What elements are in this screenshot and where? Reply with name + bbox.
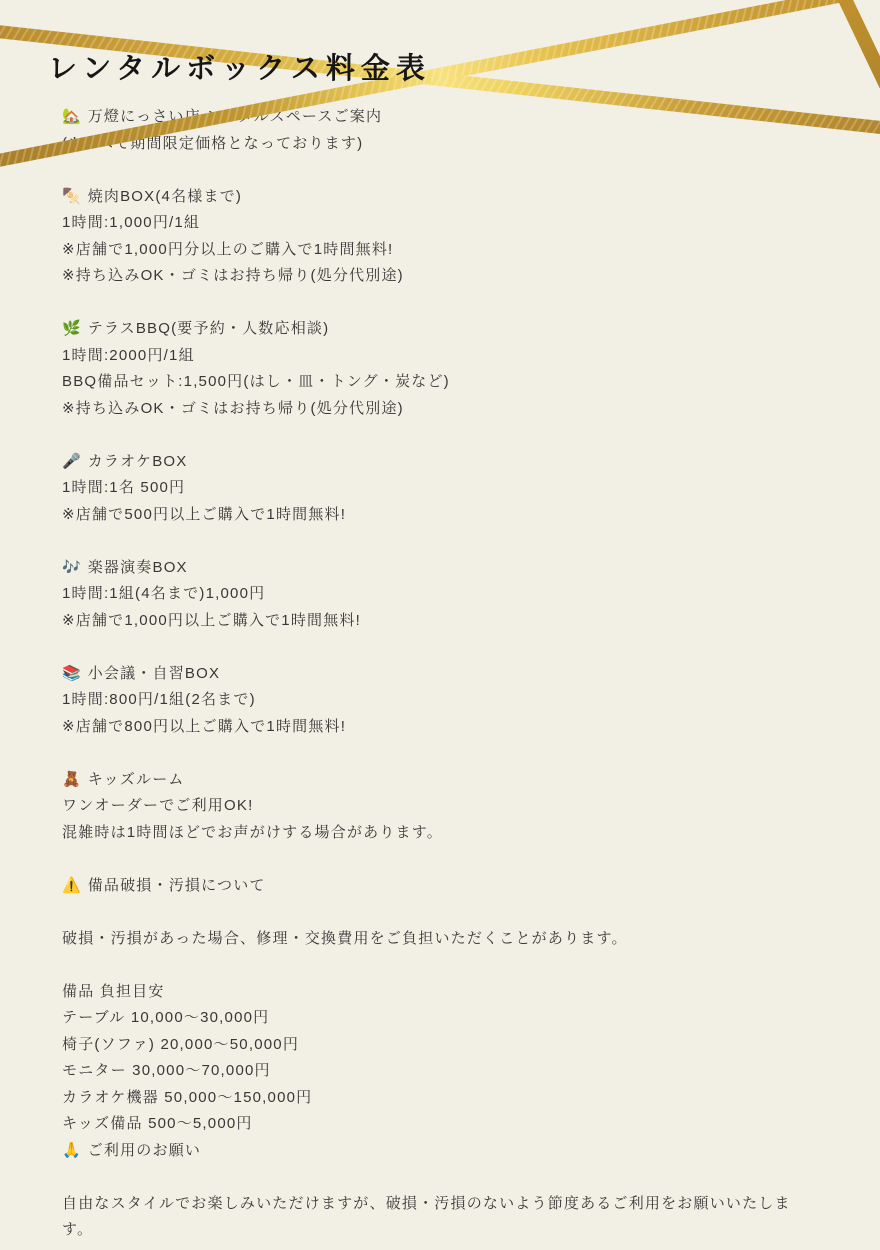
damage-item: 椅子(ソファ) 20,000〜50,000円 [62,1032,792,1059]
request-body: 自由なスタイルでお楽しみいただけますが、破損・汚損のないよう節度あるご利用をお願… [62,1191,792,1244]
section-heading-line: 🧸キッズルーム [62,767,792,794]
section-heading: 焼肉BOX(4名様まで) [88,188,242,205]
section-lines: 1時間:2000円/1組BBQ備品セット:1,500円(はし・皿・トング・炭など… [62,343,792,423]
price-section: 🍢焼肉BOX(4名様まで) 1時間:1,000円/1組※店舗で1,000円分以上… [62,184,792,290]
warning-icon: ⚠️ [62,877,81,894]
section-icon: 🍢 [62,188,81,205]
price-section: 🌿テラスBBQ(要予約・人数応相談) 1時間:2000円/1組BBQ備品セット:… [62,316,792,422]
section-heading-line: 🌿テラスBBQ(要予約・人数応相談) [62,316,792,343]
section-heading-line: 🍢焼肉BOX(4名様まで) [62,184,792,211]
section-line: 1時間:1,000円/1組 [62,210,792,237]
section-lines: 1時間:1,000円/1組※店舗で1,000円分以上のご購入で1時間無料!※持ち… [62,210,792,290]
section-line: BBQ備品セット:1,500円(はし・皿・トング・炭など) [62,369,792,396]
damage-note: 破損・汚損があった場合、修理・交換費用をご負担いただくことがあります。 [62,926,792,953]
section-line: ※店舗で1,000円以上ご購入で1時間無料! [62,608,792,635]
damage-item: キッズ備品 500〜5,000円 [62,1111,792,1138]
section-heading: 小会議・自習BOX [88,665,220,682]
section-icon: 🎶 [62,559,81,576]
damage-items: テーブル 10,000〜30,000円 椅子(ソファ) 20,000〜50,00… [62,1005,792,1138]
section-line: ※持ち込みOK・ゴミはお持ち帰り(処分代別途) [62,396,792,423]
price-section: 🧸キッズルーム ワンオーダーでご利用OK!混雑時は1時間ほどでお声がけする場合が… [62,767,792,847]
section-line: 1時間:1組(4名まで)1,000円 [62,581,792,608]
damage-table-title: 備品 負担目安 [62,979,792,1006]
damage-item: テーブル 10,000〜30,000円 [62,1005,792,1032]
intro-line-limited-price: (※すべて期間限定価格となっております) [62,131,792,158]
flyer-content: 🏡万燈にっさい店 レンタルスペースご案内 (※すべて期間限定価格となっております… [62,104,792,1244]
section-line: 1時間:2000円/1組 [62,343,792,370]
section-heading: 楽器演奏BOX [88,559,188,576]
section-line: ワンオーダーでご利用OK! [62,793,792,820]
section-heading: テラスBBQ(要予約・人数応相談) [88,320,330,337]
gold-ribbon-top-right-corner [837,0,880,88]
price-sections: 🍢焼肉BOX(4名様まで) 1時間:1,000円/1組※店舗で1,000円分以上… [62,184,792,847]
page-title: レンタルボックス料金表 [48,46,431,87]
request-heading: ご利用のお願い [88,1142,201,1159]
damage-item: カラオケ機器 50,000〜150,000円 [62,1085,792,1112]
section-lines: ワンオーダーでご利用OK!混雑時は1時間ほどでお声がけする場合があります。 [62,793,792,846]
section-icon: 🧸 [62,771,81,788]
section-line: ※店舗で800円以上ご購入で1時間無料! [62,714,792,741]
damage-item: モニター 30,000〜70,000円 [62,1058,792,1085]
price-section: 📚小会議・自習BOX 1時間:800円/1組(2名まで)※店舗で800円以上ご購… [62,661,792,741]
section-heading: カラオケBOX [88,453,188,470]
section-line: ※店舗で500円以上ご購入で1時間無料! [62,502,792,529]
section-line: ※店舗で1,000円分以上のご購入で1時間無料! [62,237,792,264]
request-heading-line: 🙏ご利用のお願い [62,1138,792,1165]
section-heading-line: 📚小会議・自習BOX [62,661,792,688]
section-line: ※持ち込みOK・ゴミはお持ち帰り(処分代別途) [62,263,792,290]
section-heading-line: 🎶楽器演奏BOX [62,555,792,582]
section-line: 1時間:800円/1組(2名まで) [62,687,792,714]
rental-box-price-flyer: レンタルボックス料金表 🏡万燈にっさい店 レンタルスペースご案内 (※すべて期間… [0,0,880,1250]
damage-heading: 備品破損・汚損について [88,877,266,894]
price-section: 🎤カラオケBOX 1時間:1名 500円※店舗で500円以上ご購入で1時間無料! [62,449,792,529]
folded-hands-icon: 🙏 [62,1142,81,1159]
section-icon: 🌿 [62,320,81,337]
price-section: 🎶楽器演奏BOX 1時間:1組(4名まで)1,000円※店舗で1,000円以上ご… [62,555,792,635]
section-lines: 1時間:1組(4名まで)1,000円※店舗で1,000円以上ご購入で1時間無料! [62,581,792,634]
section-heading-line: 🎤カラオケBOX [62,449,792,476]
section-line: 1時間:1名 500円 [62,475,792,502]
damage-heading-line: ⚠️備品破損・汚損について [62,873,792,900]
section-icon: 📚 [62,665,81,682]
section-icon: 🎤 [62,453,81,470]
house-with-garden-icon: 🏡 [62,108,81,125]
section-heading: キッズルーム [88,771,185,788]
section-line: 混雑時は1時間ほどでお声がけする場合があります。 [62,820,792,847]
section-lines: 1時間:1名 500円※店舗で500円以上ご購入で1時間無料! [62,475,792,528]
section-lines: 1時間:800円/1組(2名まで)※店舗で800円以上ご購入で1時間無料! [62,687,792,740]
